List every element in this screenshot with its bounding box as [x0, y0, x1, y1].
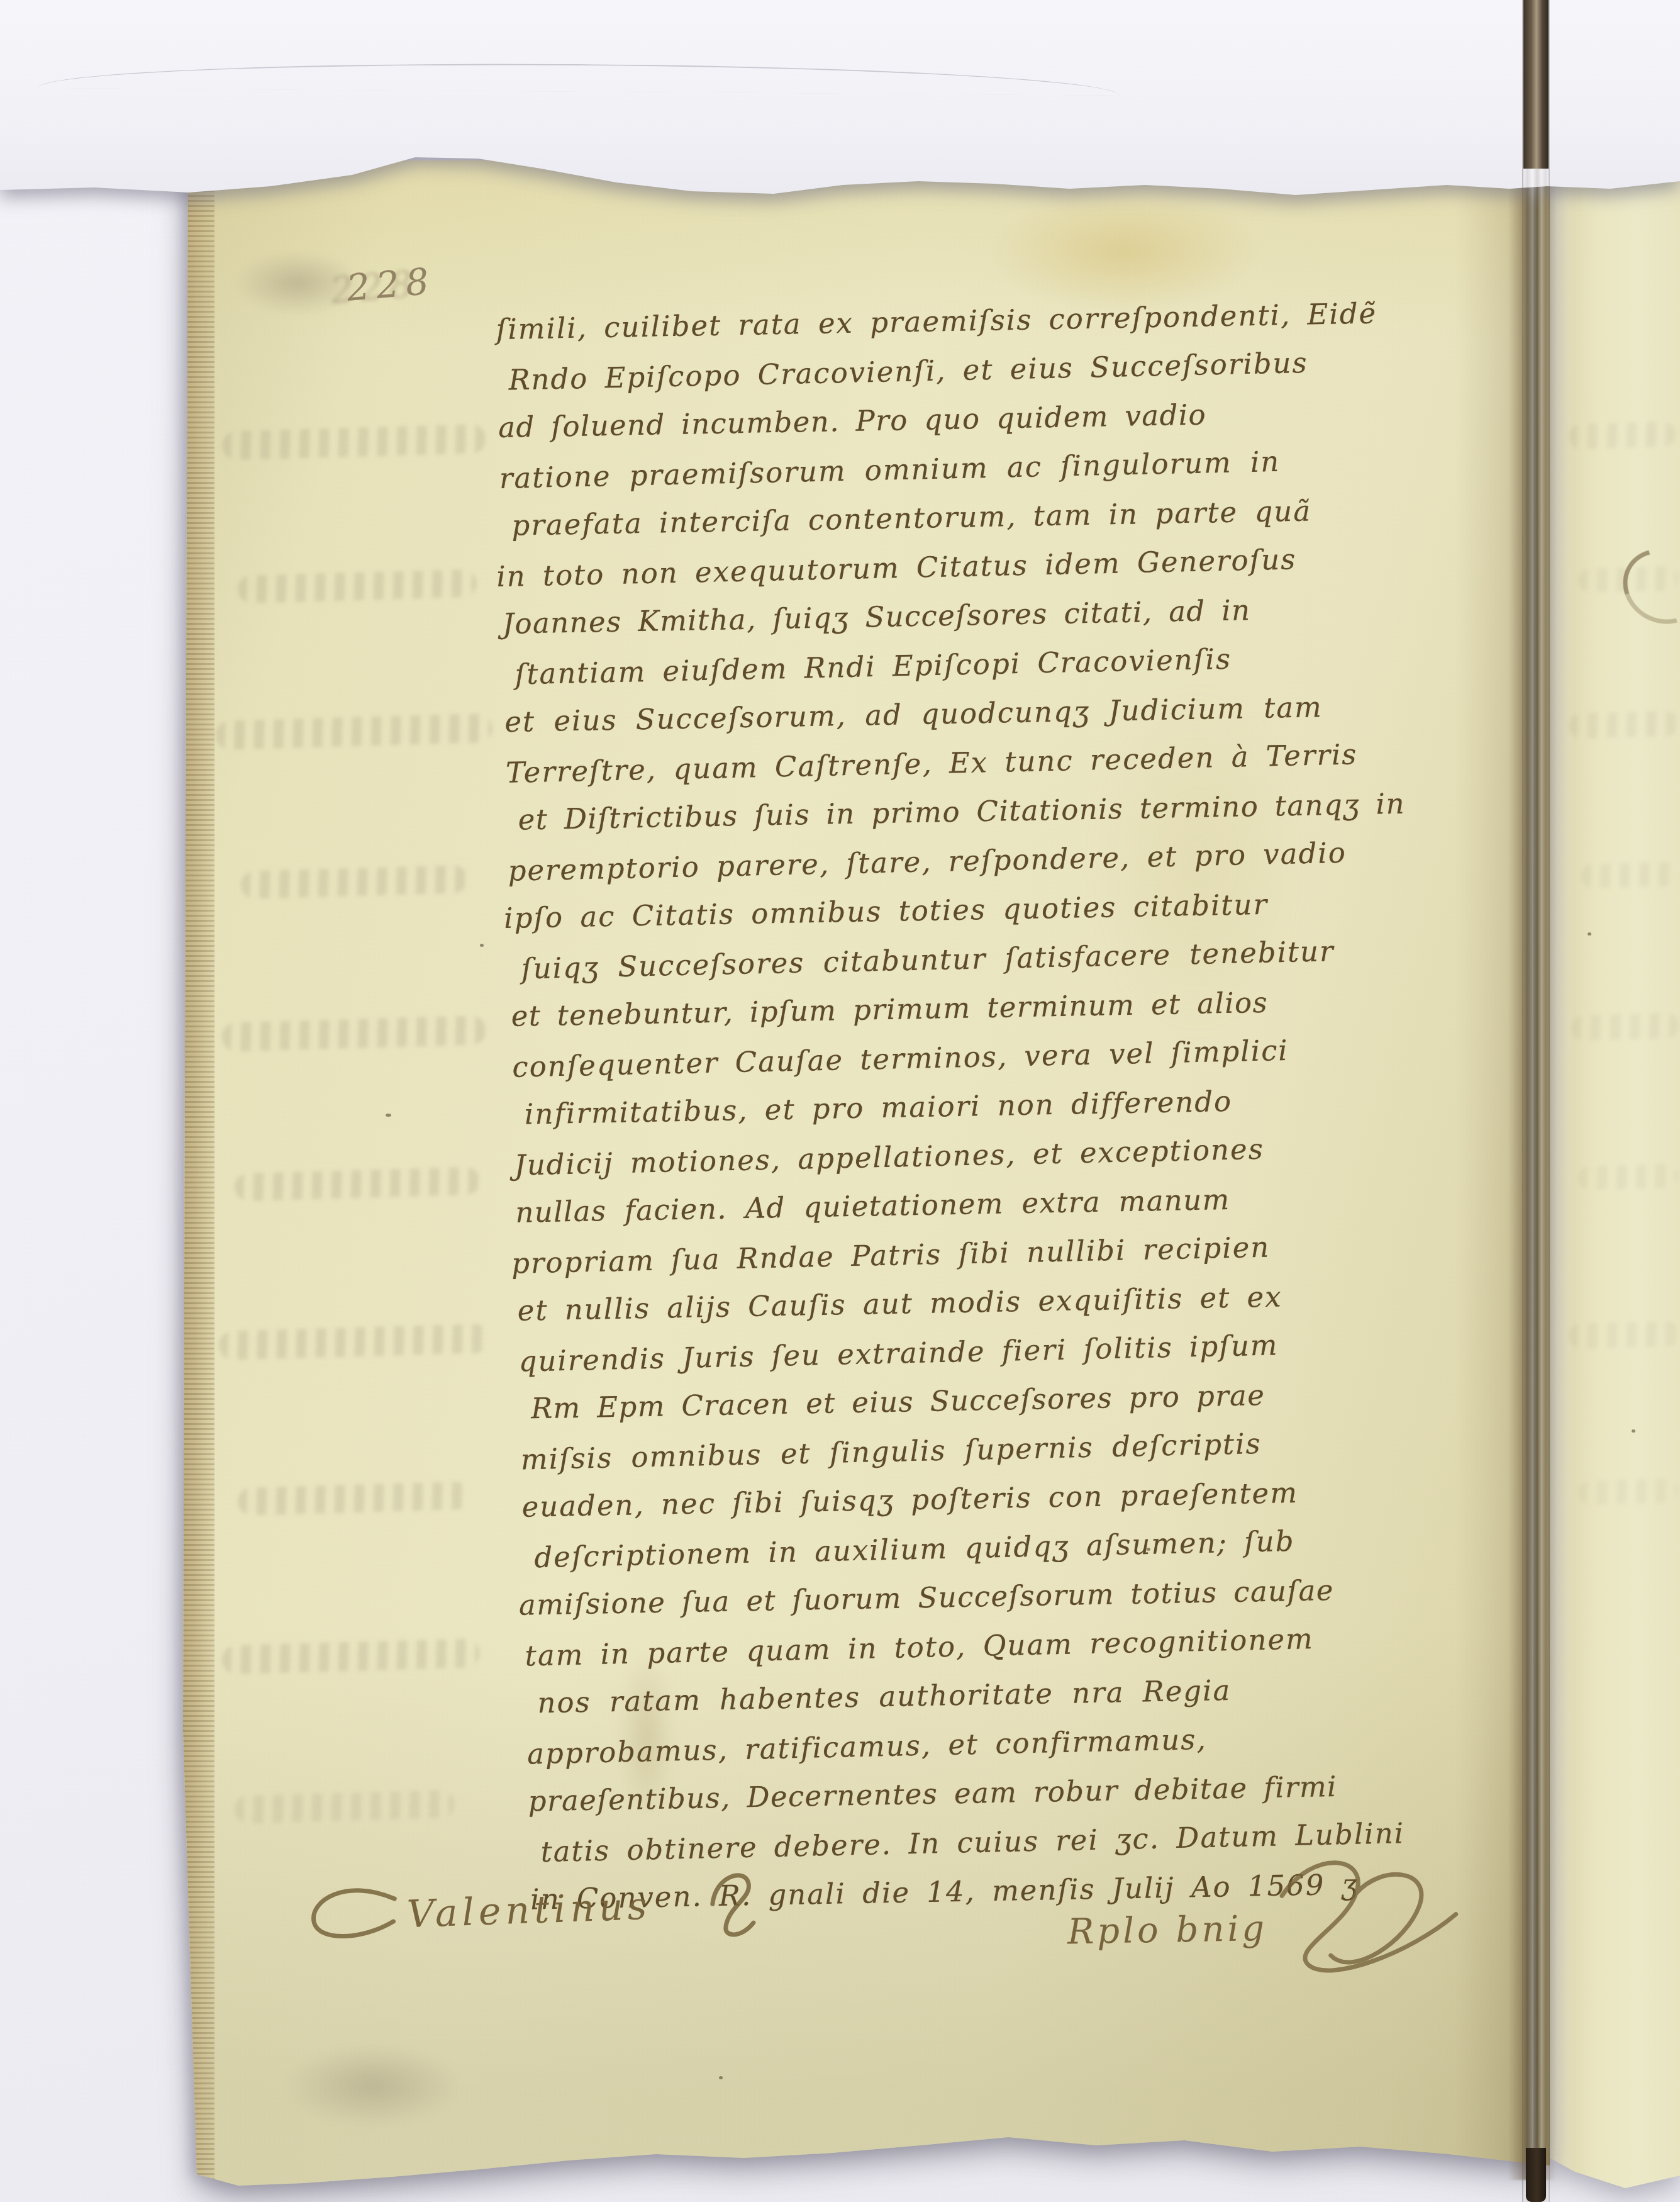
ghost-bleedthrough: [1578, 1478, 1679, 1505]
ghost-bleedthrough: [240, 865, 467, 899]
signature-left: Valentinus: [303, 1864, 774, 1956]
ink-speck: [719, 2076, 723, 2079]
text-block: ſimili, cuilibet rata ex praemiſsis corr…: [496, 284, 1569, 1926]
manuscript-page: 228 ſimili, cuilibet rata ex praemiſsis …: [178, 157, 1550, 2196]
ghost-bleedthrough: [218, 1324, 489, 1360]
glass-rod: [1522, 0, 1550, 2202]
glass-rod-tip: [1526, 2148, 1546, 2202]
ghost-bleedthrough: [221, 1015, 486, 1052]
ghost-bleedthrough: [234, 1790, 455, 1824]
ghost-bleedthrough: [234, 1167, 480, 1202]
scanned-book-spread: 228 ſimili, cuilibet rata ex praemiſsis …: [0, 0, 1680, 2202]
ghost-bleedthrough: [1568, 422, 1676, 450]
white-sheet-wrap: [0, 0, 1680, 214]
ink-speck: [386, 1114, 391, 1117]
ghost-bleedthrough: [237, 569, 477, 604]
signature-left-text: Valentinus: [406, 1884, 652, 1937]
ink-speck: [1632, 1429, 1635, 1433]
page-edge-stack: [178, 160, 214, 2182]
stain: [285, 2045, 461, 2127]
ghost-bleedthrough: [1568, 711, 1679, 739]
stain: [235, 252, 360, 315]
ghost-bleedthrough: [1578, 1164, 1679, 1190]
glass-rod-top: [1523, 0, 1549, 169]
facing-page-wrap: [1550, 159, 1680, 2201]
ghost-bleedthrough: [237, 1482, 470, 1516]
ink-speck: [1588, 932, 1591, 936]
facing-page: [1550, 159, 1680, 2201]
signature-flourish-icon: [1275, 1852, 1466, 2000]
ghost-bleedthrough: [1581, 862, 1679, 888]
signature-right: Rplo bnig: [1057, 1852, 1466, 2004]
ghost-bleedthrough: [221, 1638, 480, 1674]
ghost-bleedthrough: [1571, 1013, 1679, 1041]
manuscript-page-wrap: 228 ſimili, cuilibet rata ex praemiſsis …: [178, 157, 1550, 2196]
folio-number: 228: [345, 259, 437, 310]
ghost-bleedthrough: [221, 424, 486, 461]
crease-line: [38, 60, 1120, 96]
paraph-icon: [703, 1864, 774, 1942]
ghost-bleedthrough: [1568, 1321, 1679, 1350]
signature-swash-icon: [303, 1885, 399, 1948]
white-sheet: [0, 0, 1680, 214]
signature-right-text: Rplo bnig: [1067, 1908, 1267, 1952]
ink-speck: [480, 944, 484, 947]
ghost-bleedthrough: [215, 713, 492, 750]
